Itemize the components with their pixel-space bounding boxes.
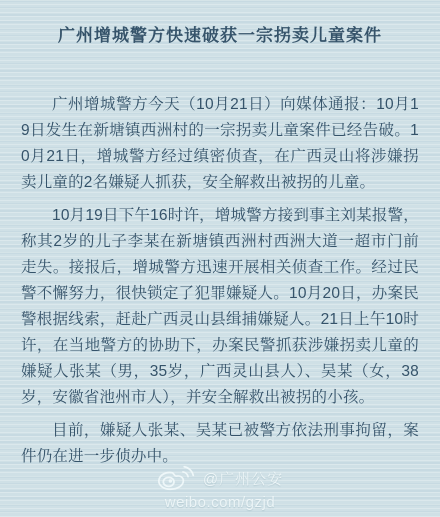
paragraph-1: 广州增城警方今天（10月21日）向媒体通报：10月19日发生在新塘镇西洲村的一宗… bbox=[21, 92, 419, 196]
weibo-url: weibo.com/gzjd bbox=[165, 494, 275, 511]
weibo-watermark: @广州公安 weibo.com/gzjd bbox=[0, 463, 440, 511]
announcement-body: 广州增城警方今天（10月21日）向媒体通报：10月19日发生在新塘镇西洲村的一宗… bbox=[0, 92, 440, 470]
announcement-card: 广州增城警方快速破获一宗拐卖儿童案件 广州增城警方今天（10月21日）向媒体通报… bbox=[0, 0, 440, 517]
page-title: 广州增城警方快速破获一宗拐卖儿童案件 bbox=[0, 0, 440, 48]
paragraph-2: 10月19日下午16时许，增城警方接到事主刘某报警，称其2岁的儿子李某在新塘镇西… bbox=[21, 203, 419, 411]
paragraph-3: 目前，嫌疑人张某、吴某已被警方依法刑事拘留，案件仍在进一步侦办中。 bbox=[21, 418, 419, 470]
weibo-account-name: @广州公安 bbox=[203, 468, 283, 489]
